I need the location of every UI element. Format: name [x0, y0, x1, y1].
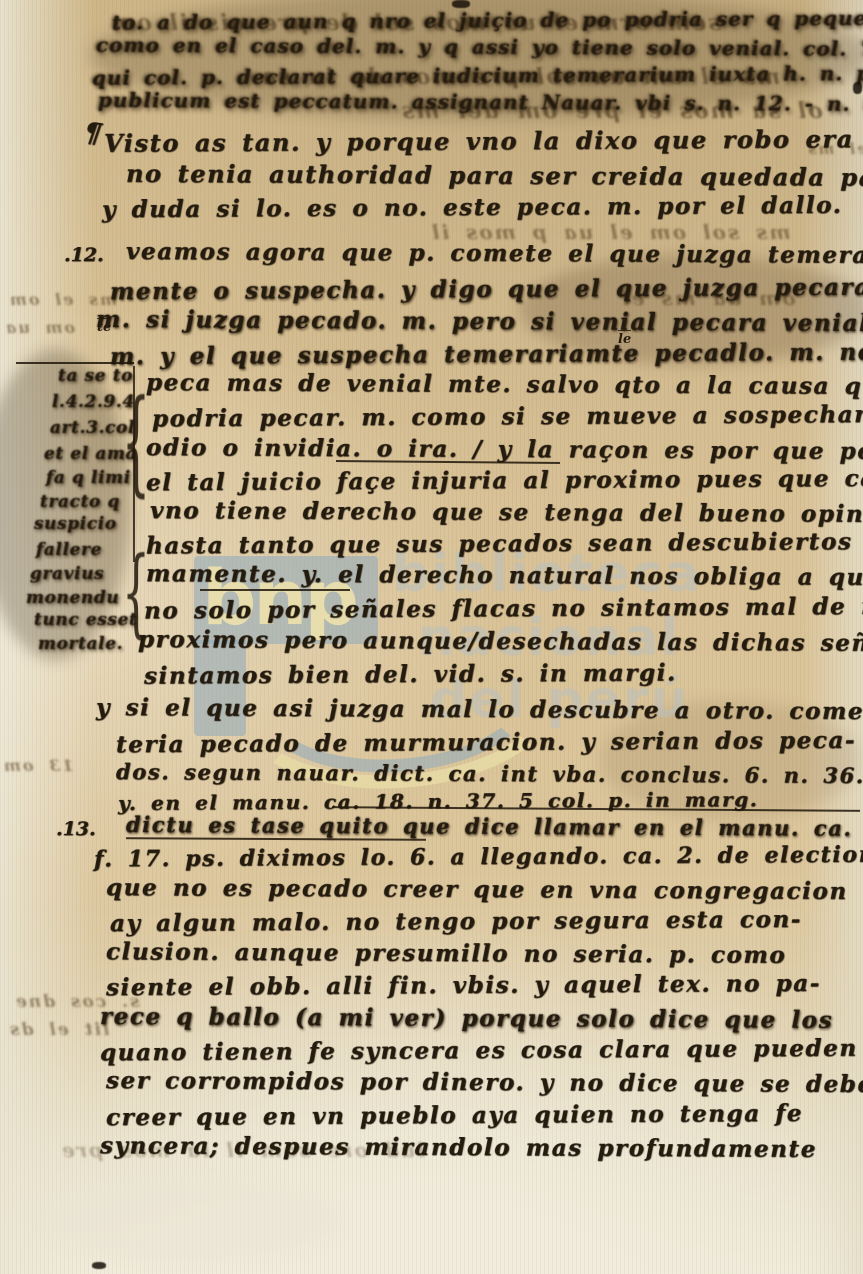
- manuscript-line: proximos pero aunque/desechadas las dich…: [138, 626, 863, 657]
- manuscript-line: odio o invidia. o ira. / y la raçon es p…: [146, 434, 863, 465]
- manuscript-line: sintamos bien del. vid. s. in margi.: [144, 659, 677, 689]
- manuscript-line: siente el obb. alli fin. vbis. y aquel t…: [106, 970, 821, 1001]
- manuscript-line: m. y el que suspecha temerariamte pecadl…: [110, 339, 863, 371]
- pilcrow-mark: ¶: [82, 117, 103, 150]
- manuscript-line: ay algun malo. no tengo por segura esta …: [110, 906, 802, 937]
- marginal-note-line: suspicio: [34, 514, 117, 534]
- manuscript-line: no tenia authoridad para ser creida qued…: [126, 159, 863, 192]
- manuscript-line: publicum est peccatum. assignant Nauar. …: [98, 88, 863, 116]
- manuscript-line: dictu es tase quito que dice llamar en e…: [126, 812, 863, 841]
- margin-brace: {: [122, 377, 150, 510]
- manuscript-line: veamos agora que p. comete el que juzga …: [126, 238, 863, 269]
- ink-speck: [92, 1262, 106, 1269]
- manuscript-line: ser corrompidos por dinero. y no dice qu…: [106, 1067, 863, 1098]
- manuscript-line: y si el que asi juzga mal lo descubre a …: [96, 694, 863, 725]
- marginal-note-line: tracto q: [40, 492, 120, 512]
- section-number: .12.: [64, 244, 104, 266]
- ink-speck: [452, 0, 470, 8]
- underline-stroke: [200, 589, 350, 591]
- manuscript-line: el tal juicio façe injuria al proximo pu…: [146, 465, 863, 497]
- manuscript-line: mamente. y. el derecho natural nos oblig…: [146, 560, 863, 591]
- marginal-note-line: fallere: [36, 540, 102, 560]
- margin-brace: {: [122, 537, 150, 649]
- manuscript-line: quano tienen fe syncera es cosa clara qu…: [100, 1035, 858, 1067]
- manuscript-line: qui col. p. declarat quare iudicium teme…: [92, 60, 863, 90]
- ink-speck: [853, 82, 862, 94]
- manuscript-line: syncera; despues mirandolo mas profundam…: [100, 1132, 817, 1163]
- marginal-note-line: mortale.: [38, 634, 123, 654]
- manuscript-line: clusion. aunque presumillo no seria. p. …: [106, 938, 787, 969]
- interlinear-superscript: le: [618, 330, 631, 347]
- manuscript-line: rece q ballo (a mi ver) porque solo dice…: [100, 1003, 833, 1034]
- manuscript-line: hasta tanto que sus pecados sean descubi…: [146, 528, 863, 560]
- paper-stain: [40, 1180, 340, 1260]
- marginal-note-line: fa q limi: [46, 468, 131, 488]
- manuscript-line: que no es pecado creer que en vna congre…: [106, 874, 848, 905]
- manuscript-line: peca mas de venial mte. salvo qto a la c…: [146, 369, 863, 400]
- manuscript-line: y duda si lo. es o no. este peca. m. por…: [102, 192, 842, 224]
- manuscript-line: vno tiene derecho que se tenga del bueno…: [150, 497, 863, 528]
- manuscript-line: y. en el manu. ca. 18. n. 37. 5 col. p. …: [118, 787, 758, 815]
- marginal-note-line: gravius: [30, 564, 104, 584]
- marginal-note-line: monendu: [26, 588, 119, 608]
- section-number: .13.: [56, 818, 96, 840]
- margin-rule-stroke: [16, 362, 134, 364]
- manuscript-line: Visto as tan. y porque vno la dixo que r…: [104, 123, 863, 158]
- manuscript-line: dos. segun nauar. dict. ca. int vba. con…: [116, 759, 863, 788]
- manuscript-line: teria pecado de murmuracion. y serian do…: [116, 727, 856, 759]
- manuscript-line: m. si juzga pecado. m. pero si venial pe…: [96, 306, 863, 337]
- manuscript-line: podria pecar. m. como si se mueve a sosp…: [152, 401, 863, 433]
- bleed-through-marks: om ua: [4, 318, 75, 337]
- manuscript-page: sem orm el ua mos sol de pre ois il om m…: [0, 0, 863, 1274]
- bleed-through-marks: 13 om: [2, 756, 73, 775]
- manuscript-line: f. 17. ps. diximos lo. 6. a llegando. ca…: [94, 842, 863, 873]
- manuscript-line: creer que en vn pueblo aya quien no teng…: [106, 1100, 803, 1131]
- manuscript-line: to. a do que aun q nro el juiçio de po p…: [112, 6, 863, 35]
- underline-stroke: [126, 837, 426, 841]
- interlinear-superscript: te: [97, 318, 111, 335]
- bleed-through-marks: lit el ds: [8, 1020, 109, 1040]
- manuscript-line: mente o suspecha. y digo que el que juzg…: [110, 274, 863, 306]
- manuscript-line: como en el caso del. m. y q assi yo tien…: [96, 33, 863, 62]
- manuscript-line: no solo por señales flacas no sintamos m…: [144, 593, 863, 625]
